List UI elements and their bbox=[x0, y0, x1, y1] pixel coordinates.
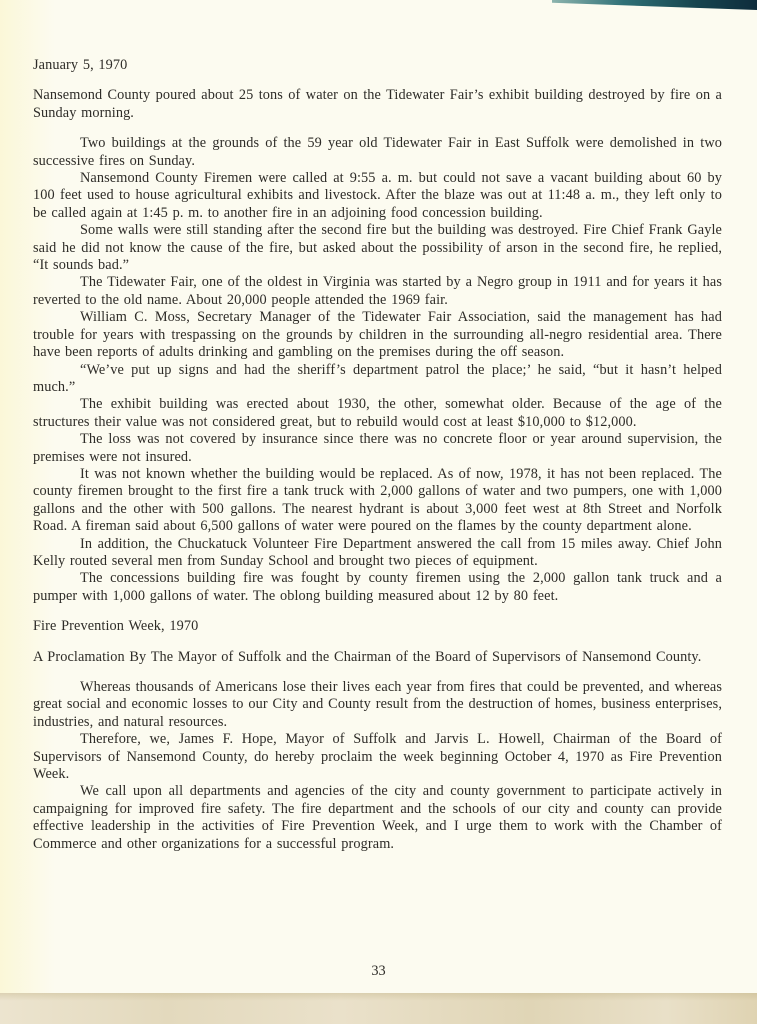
paragraph-walls-standing: Some walls were still standing after the… bbox=[33, 222, 722, 274]
document-body: January 5, 1970 Nansemond County poured … bbox=[33, 57, 722, 853]
paragraph-lead: Nansemond County poured about 25 tons of… bbox=[33, 87, 722, 122]
paragraph-two-buildings: Two buildings at the grounds of the 59 y… bbox=[33, 135, 722, 170]
scanned-document-page: January 5, 1970 Nansemond County poured … bbox=[0, 0, 757, 1024]
paragraph-moss-statement: William C. Moss, Secretary Manager of th… bbox=[33, 309, 722, 361]
paragraph-building-value: The exhibit building was erected about 1… bbox=[33, 396, 722, 431]
paragraph-therefore: Therefore, we, James F. Hope, Mayor of S… bbox=[33, 731, 722, 783]
date-line: January 5, 1970 bbox=[33, 57, 722, 74]
paragraph-chuckatuck-response: In addition, the Chuckatuck Volunteer Fi… bbox=[33, 536, 722, 571]
scan-artifact-bottom-strip bbox=[0, 993, 757, 1024]
proclamation-title: A Proclamation By The Mayor of Suffolk a… bbox=[33, 649, 722, 666]
paragraph-whereas: Whereas thousands of Americans lose thei… bbox=[33, 679, 722, 731]
scan-artifact-top-strip bbox=[552, 0, 757, 10]
paragraph-no-insurance: The loss was not covered by insurance si… bbox=[33, 431, 722, 466]
paragraph-firemen-called: Nansemond County Firemen were called at … bbox=[33, 170, 722, 222]
paragraph-tidewater-history: The Tidewater Fair, one of the oldest in… bbox=[33, 274, 722, 309]
section-heading: Fire Prevention Week, 1970 bbox=[33, 618, 722, 635]
paragraph-call-upon: We call upon all departments and agencie… bbox=[33, 783, 722, 853]
page-number: 33 bbox=[0, 963, 757, 980]
paragraph-replacement-status: It was not known whether the building wo… bbox=[33, 466, 722, 536]
paragraph-sheriff-quote: “We’ve put up signs and had the sheriff’… bbox=[33, 362, 722, 397]
paragraph-concessions-fire: The concessions building fire was fought… bbox=[33, 570, 722, 605]
